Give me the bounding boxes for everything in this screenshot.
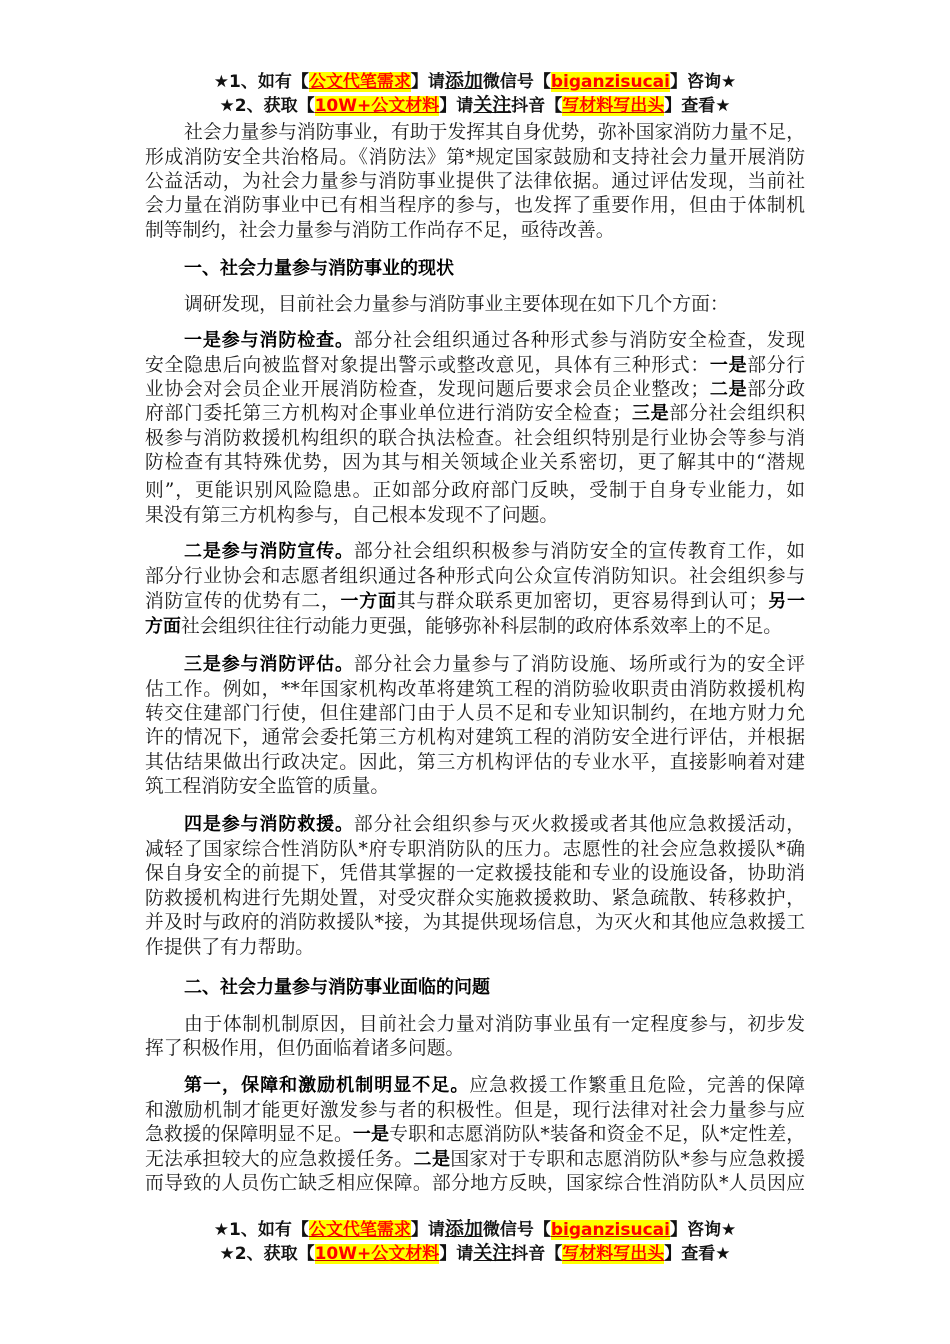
paragraph-line: 调研发现，目前社会力量参与消防事业主要体现在如下几个方面： (184, 293, 805, 317)
douyin-id-highlight: 写材料写出头 (562, 96, 664, 116)
bold-run: 三是 (631, 403, 669, 424)
promo-text: 】咨询★ (670, 1220, 736, 1240)
text-run: 转交住建部门行使，但住建部门由于人员不足和专业知识制约，在地方财力允 (145, 703, 805, 724)
paragraph-line: 筑工程消防安全监管的质量。 (145, 775, 805, 799)
paragraph-line: 极参与消防救援机构组织的联合执法检查。社会组织特别是行业协会等参与消 (145, 427, 805, 451)
paragraph-line: 三是参与消防评估。部分社会力量参与了消防设施、场所或行为的安全评 (184, 653, 805, 677)
promo-text: 微信号【 (483, 1220, 551, 1240)
paragraph-line: 消防宣传的优势有二，一方面其与群众联系更加密切，更容易得到认可；另一 (145, 590, 805, 614)
bold-run: 四是参与消防救援。 (184, 814, 354, 835)
paragraph-line: 四是参与消防救援。部分社会组织参与灭火救援或者其他应急救援活动， (184, 813, 805, 837)
bold-run: 三是参与消防评估。 (184, 654, 354, 675)
paragraph-line: 作提供了有力帮助。 (145, 936, 805, 960)
paragraph-line: 由于体制机制原因，目前社会力量对消防事业虽有一定程度参与，初步发 (184, 1013, 805, 1037)
text-run: 专职和志愿消防队*装备和资金不足，队*定性差， (389, 1124, 805, 1145)
text-run: 由于体制机制原因，目前社会力量对消防事业虽有一定程度参与，初步发 (184, 1014, 805, 1035)
text-run: 消防宣传的优势有二， (145, 591, 341, 612)
text-run: 估工作。例如，**年国家机构改革将建筑工程的消防验收职责由消防救援机构 (145, 679, 805, 700)
bold-run: 二是 (414, 1149, 451, 1170)
text-run: 筑工程消防安全监管的质量。 (145, 776, 389, 797)
paragraph-line: 防检查有其特殊优势，因为其与相关领域企业关系密切，更了解其中的“潜规 (145, 451, 805, 475)
bold-run: 另一 (767, 591, 805, 612)
promo-emphasis: 关注 (473, 94, 511, 116)
douyin-id-highlight: 写材料写出头 (562, 1244, 664, 1264)
bold-run: 一是 (710, 355, 747, 376)
promo-line-2-bottom: ★2、获取【10W+公文材料】请关注抖音【写材料写出头】查看★ (0, 1241, 950, 1266)
text-run: 部分社会组织参与灭火救援或者其他应急救援活动， (354, 814, 805, 835)
text-run: 应急救援工作繁重且危险，完善的保障 (469, 1075, 805, 1096)
paragraph-line: 其估结果做出行政决定。因此，第三方机构评估的专业水平，直接影响着对建 (145, 751, 805, 775)
paragraph-line: 安全隐患后向被监督对象提出警示或整改意见，具体有三种形式：一是部分行 (145, 354, 805, 378)
text-run: 部分政 (747, 379, 805, 400)
text-run: 府部门委托第三方机构对企事业单位进行消防安全检查； (145, 403, 631, 424)
paragraph-line: 会力量在消防事业中已有相当程序的参与，也发挥了重要作用，但由于体制机 (145, 194, 805, 218)
promo-text: ★2、获取【 (220, 1244, 315, 1264)
text-run: 果没有第三方机构参与，自己根本发现不了问题。 (145, 505, 558, 526)
text-run: 业协会对会员企业开展消防检查，发现问题后要求会员企业整改； (145, 379, 709, 400)
promo-text: ★2、获取【 (220, 96, 315, 116)
promo-text: 】请 (439, 1244, 473, 1264)
paragraph-line: 估工作。例如，**年国家机构改革将建筑工程的消防验收职责由消防救援机构 (145, 678, 805, 702)
promo-emphasis: 添加 (445, 70, 483, 92)
text-run: 部分社会组织积 (669, 403, 805, 424)
text-run: 防检查有其特殊优势，因为其与相关领域企业关系密切，更了解其中的“潜规 (145, 452, 805, 473)
paragraph-line: 方面社会组织往往行动能力更强，能够弥补科层制的政府体系效率上的不足。 (145, 615, 805, 639)
bold-run: 方面 (145, 616, 181, 637)
text-run: 部分社会组织积极参与消防安全的宣传教育工作，如 (354, 541, 805, 562)
paragraph-line: 许的情况下，通常会委托第三方机构对建筑工程的消防安全进行评估，并根据 (145, 726, 805, 750)
paragraph-line: 形成消防安全共治格局。《消防法》第*规定国家鼓励和支持社会力量开展消防 (145, 146, 805, 170)
bold-run: 一是参与消防检查。 (184, 330, 354, 351)
bold-run: 二是 (709, 379, 747, 400)
text-run: 作提供了有力帮助。 (145, 937, 314, 958)
paragraph-line: 挥了积极作用，但仍面临着诸多问题。 (145, 1037, 805, 1061)
paragraph-line: 第一，保障和激励机制明显不足。应急救援工作繁重且危险，完善的保障 (184, 1074, 805, 1098)
promo-emphasis: 添加 (445, 1218, 483, 1240)
text-run: 防救援机构进行先期处置，对受灾群众实施救援救助、紧急疏散、转移救护， (145, 888, 805, 909)
text-run: 部分行业协会和志愿者组织通过各种形式向公众宣传消防知识。社会组织参与 (145, 566, 805, 587)
paragraph-line: 一是参与消防检查。部分社会组织通过各种形式参与消防安全检查，发现 (184, 329, 805, 353)
paragraph-line: 部分行业协会和志愿者组织通过各种形式向公众宣传消防知识。社会组织参与 (145, 565, 805, 589)
text-run: 挥了积极作用，但仍面临着诸多问题。 (145, 1038, 464, 1059)
text-run: 而导致的人员伤亡缺乏相应保障。部分地方反映，国家综合性消防队*人员因应 (145, 1173, 805, 1194)
paragraph-line: 业协会对会员企业开展消防检查，发现问题后要求会员企业整改；二是部分政 (145, 378, 805, 402)
text-run: 社会力量参与消防事业，有助于发挥其自身优势，弥补国家消防力量不足， (184, 122, 805, 143)
promo-highlight: 公文代笔需求 (309, 1220, 411, 1240)
promo-text: 抖音【 (511, 96, 562, 116)
paragraph-line: 和激励机制才能更好激发参与者的积极性。但是，现行法律对社会力量参与应 (145, 1099, 805, 1123)
paragraph-line: 转交住建部门行使，但住建部门由于人员不足和专业知识制约，在地方财力允 (145, 702, 805, 726)
text-run: 其估结果做出行政决定。因此，第三方机构评估的专业水平，直接影响着对建 (145, 752, 805, 773)
paragraph-line: 保自身安全的前提下，凭借其掌握的一定救援技能和专业的设施设备，协助消 (145, 862, 805, 886)
text-run: 保自身安全的前提下，凭借其掌握的一定救援技能和专业的设施设备，协助消 (145, 863, 805, 884)
promo-text: 微信号【 (483, 72, 551, 92)
promo-text: 】咨询★ (670, 72, 736, 92)
paragraph-line: 急救援的保障明显不足。一是专职和志愿消防队*装备和资金不足，队*定性差， (145, 1123, 805, 1147)
text-run: 无法承担较大的应急救援任务。 (145, 1149, 414, 1170)
text-run: 部分社会组织通过各种形式参与消防安全检查，发现 (354, 330, 805, 351)
bold-run: 第一，保障和激励机制明显不足。 (184, 1075, 469, 1096)
paragraph-line: 无法承担较大的应急救援任务。二是国家对于专职和志愿消防队*参与应急救援 (145, 1148, 805, 1172)
text-run: 会力量在消防事业中已有相当程序的参与，也发挥了重要作用，但由于体制机 (145, 195, 805, 216)
promo-text: 】请 (411, 72, 445, 92)
paragraph-line: 减轻了国家综合性消防队*府专职消防队的压力。志愿性的社会应急救援队*确 (145, 838, 805, 862)
text-run: 部分行 (747, 355, 805, 376)
text-run: 一、社会力量参与消防事业的现状 (184, 258, 454, 279)
paragraph-line: 公益活动，为社会力量参与消防事业提供了法律依据。通过评估发现，当前社 (145, 170, 805, 194)
text-run: 极参与消防救援机构组织的联合执法检查。社会组织特别是行业协会等参与消 (145, 428, 805, 449)
text-run: 急救援的保障明显不足。 (145, 1124, 353, 1145)
promo-line-1-top: ★1、如有【公文代笔需求】请添加微信号【biganzisucai】咨询★ (0, 69, 950, 94)
text-run: 其与群众联系更加密切，更容易得到认可； (397, 591, 768, 612)
bold-run: 一方面 (341, 591, 397, 612)
paragraph-line: 二是参与消防宣传。部分社会组织积极参与消防安全的宣传教育工作，如 (184, 540, 805, 564)
promo-text: ★1、如有【 (214, 1220, 309, 1240)
text-run: 制等制约，社会力量参与消防工作尚存不足，亟待改善。 (145, 220, 615, 241)
text-run: 国家对于专职和志愿消防队*参与应急救援 (450, 1149, 805, 1170)
wechat-id-highlight: biganzisucai (551, 72, 670, 92)
paragraph-line: 制等制约，社会力量参与消防工作尚存不足，亟待改善。 (145, 219, 805, 243)
promo-text: 抖音【 (511, 1244, 562, 1264)
text-run: 二、社会力量参与消防事业面临的问题 (184, 977, 490, 998)
paragraph-line: 则”，更能识别风险隐患。正如部分政府部门反映，受制于自身专业能力，如 (145, 479, 805, 503)
paragraph-line: 防救援机构进行先期处置，对受灾群众实施救援救助、紧急疏散、转移救护， (145, 887, 805, 911)
promo-highlight: 10W+公文材料 (315, 96, 440, 116)
text-run: 形成消防安全共治格局。《消防法》第*规定国家鼓励和支持社会力量开展消防 (145, 147, 805, 168)
promo-text: 】查看★ (664, 96, 730, 116)
promo-highlight: 10W+公文材料 (315, 1244, 440, 1264)
promo-text: 】查看★ (664, 1244, 730, 1264)
paragraph-line: 并及时与政府的消防救援队*接，为其提供现场信息，为灭火和其他应急救援工 (145, 911, 805, 935)
promo-text: ★1、如有【 (214, 72, 309, 92)
paragraph-line: 果没有第三方机构参与，自己根本发现不了问题。 (145, 504, 805, 528)
document-page: ★1、如有【公文代笔需求】请添加微信号【biganzisucai】咨询★ ★2、… (0, 0, 950, 1344)
text-run: 调研发现，目前社会力量参与消防事业主要体现在如下几个方面： (184, 294, 729, 315)
text-run: 则”，更能识别风险隐患。正如部分政府部门反映，受制于自身专业能力，如 (145, 480, 805, 501)
section-heading: 二、社会力量参与消防事业面临的问题 (184, 976, 805, 1000)
promo-text: 】请 (439, 96, 473, 116)
promo-emphasis: 关注 (473, 1242, 511, 1264)
bold-run: 二是参与消防宣传。 (184, 541, 354, 562)
text-run: 社会组织往往行动能力更强，能够弥补科层制的政府体系效率上的不足。 (181, 616, 782, 637)
promo-line-2-top: ★2、获取【10W+公文材料】请关注抖音【写材料写出头】查看★ (0, 93, 950, 118)
paragraph-line: 而导致的人员伤亡缺乏相应保障。部分地方反映，国家综合性消防队*人员因应 (145, 1172, 805, 1196)
text-run: 部分社会力量参与了消防设施、场所或行为的安全评 (354, 654, 805, 675)
text-run: 安全隐患后向被监督对象提出警示或整改意见，具体有三种形式： (145, 355, 710, 376)
wechat-id-highlight: biganzisucai (551, 1220, 670, 1240)
text-run: 公益活动，为社会力量参与消防事业提供了法律依据。通过评估发现，当前社 (145, 171, 805, 192)
text-run: 并及时与政府的消防救援队*接，为其提供现场信息，为灭火和其他应急救援工 (145, 912, 805, 933)
promo-highlight: 公文代笔需求 (309, 72, 411, 92)
text-run: 许的情况下，通常会委托第三方机构对建筑工程的消防安全进行评估，并根据 (145, 727, 805, 748)
section-heading: 一、社会力量参与消防事业的现状 (184, 257, 805, 281)
promo-line-1-bottom: ★1、如有【公文代笔需求】请添加微信号【biganzisucai】咨询★ (0, 1217, 950, 1242)
promo-text: 】请 (411, 1220, 445, 1240)
paragraph-line: 社会力量参与消防事业，有助于发挥其自身优势，弥补国家消防力量不足， (184, 121, 805, 145)
paragraph-line: 府部门委托第三方机构对企事业单位进行消防安全检查；三是部分社会组织积 (145, 402, 805, 426)
text-run: 和激励机制才能更好激发参与者的积极性。但是，现行法律对社会力量参与应 (145, 1100, 805, 1121)
bold-run: 一是 (353, 1124, 389, 1145)
text-run: 减轻了国家综合性消防队*府专职消防队的压力。志愿性的社会应急救援队*确 (145, 839, 805, 860)
